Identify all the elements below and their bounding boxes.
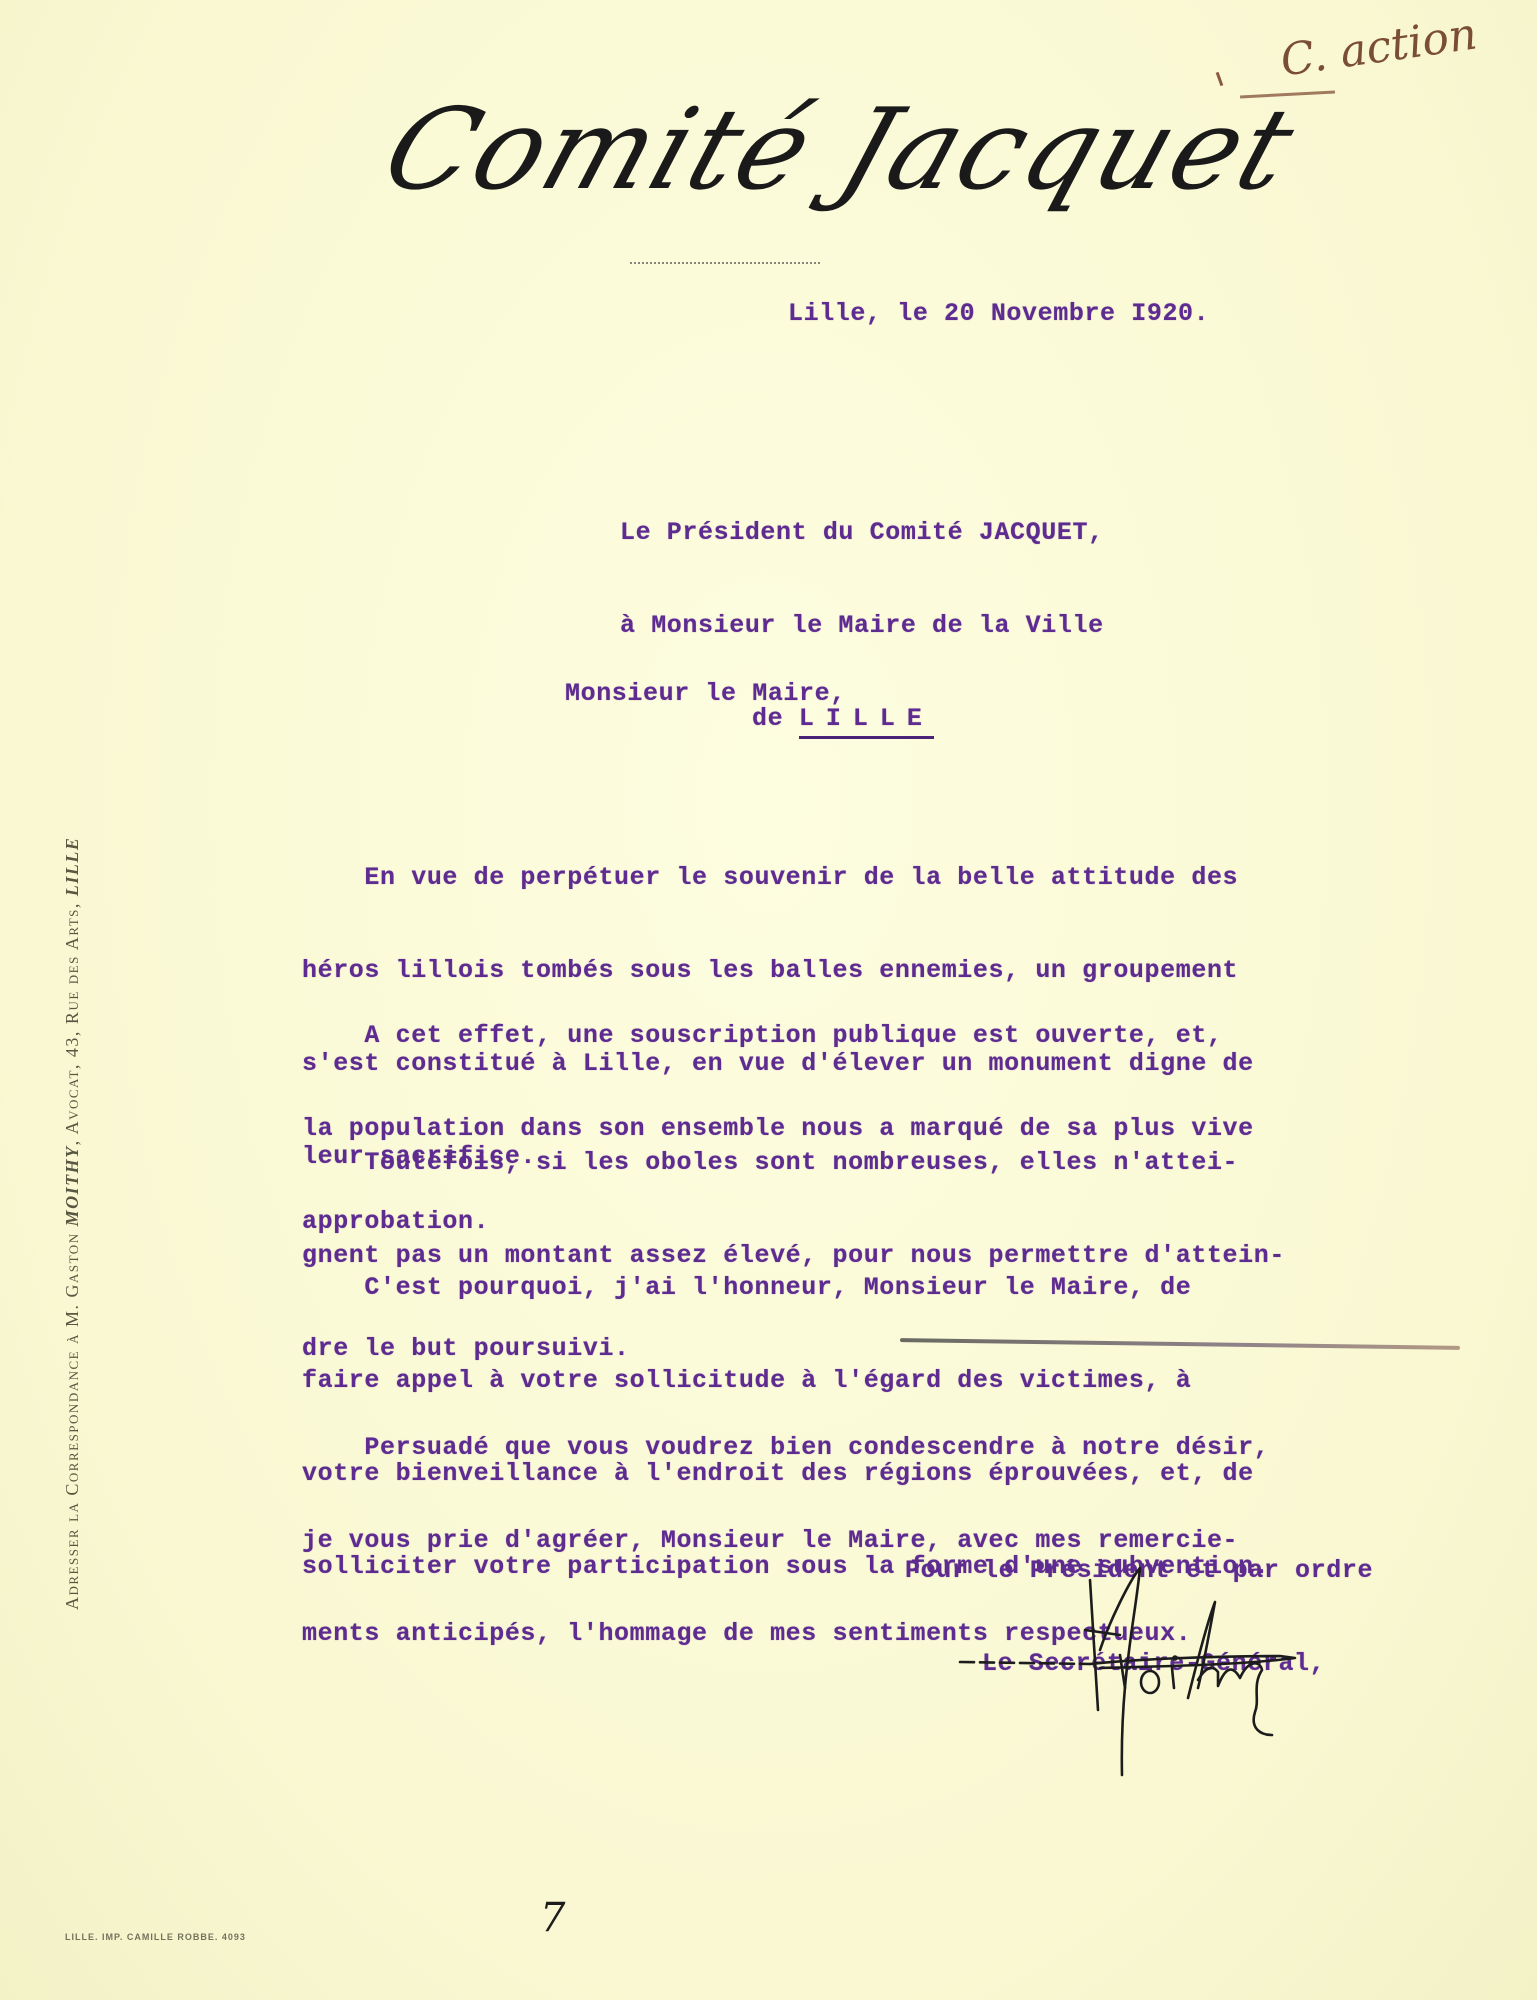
letterhead-title: Comité Jacquet (369, 85, 1311, 215)
signature-icon (950, 1560, 1390, 1790)
recipient-address: Le Président du Comité JACQUET, à Monsie… (620, 455, 1104, 801)
paragraph-line: En vue de perpétuer le souvenir de la be… (302, 862, 1254, 893)
address-line-2: à Monsieur le Maire de la Ville (620, 610, 1104, 641)
side-imprint-name: MOITHY (62, 1145, 82, 1226)
printer-imprint: LILLE. IMP. CAMILLE ROBBE. 4093 (65, 1932, 246, 1942)
salutation: Monsieur le Maire, (565, 678, 846, 709)
paragraph-line: C'est pourquoi, j'ai l'honneur, Monsieur… (302, 1272, 1269, 1303)
letter-page: C. action Comité Jacquet Lille, le 20 No… (0, 0, 1537, 2000)
paragraph-line: A cet effet, une souscription publique e… (302, 1020, 1254, 1051)
side-imprint-suffix: , Avocat, 43, Rue des Arts, (62, 896, 82, 1145)
letterhead-ornament (630, 262, 820, 270)
side-imprint-prefix: Adresser la Correspondance à M. Gaston (62, 1226, 82, 1610)
side-imprint-city: LILLE (62, 837, 82, 897)
annotation-tick-mark (1216, 72, 1224, 86)
address-line-1: Le Président du Comité JACQUET, (620, 517, 1104, 548)
paragraph-line: Toutefois, si les oboles sont nombreuses… (302, 1147, 1285, 1178)
date-line: Lille, le 20 Novembre I920. (788, 298, 1209, 329)
handwritten-annotation: C. action (1277, 9, 1480, 87)
paragraph-line: Persuadé que vous voudrez bien condescen… (302, 1432, 1269, 1463)
side-imprint: Adresser la Correspondance à M. Gaston M… (62, 837, 83, 1610)
page-number: 7 (540, 1895, 565, 1941)
